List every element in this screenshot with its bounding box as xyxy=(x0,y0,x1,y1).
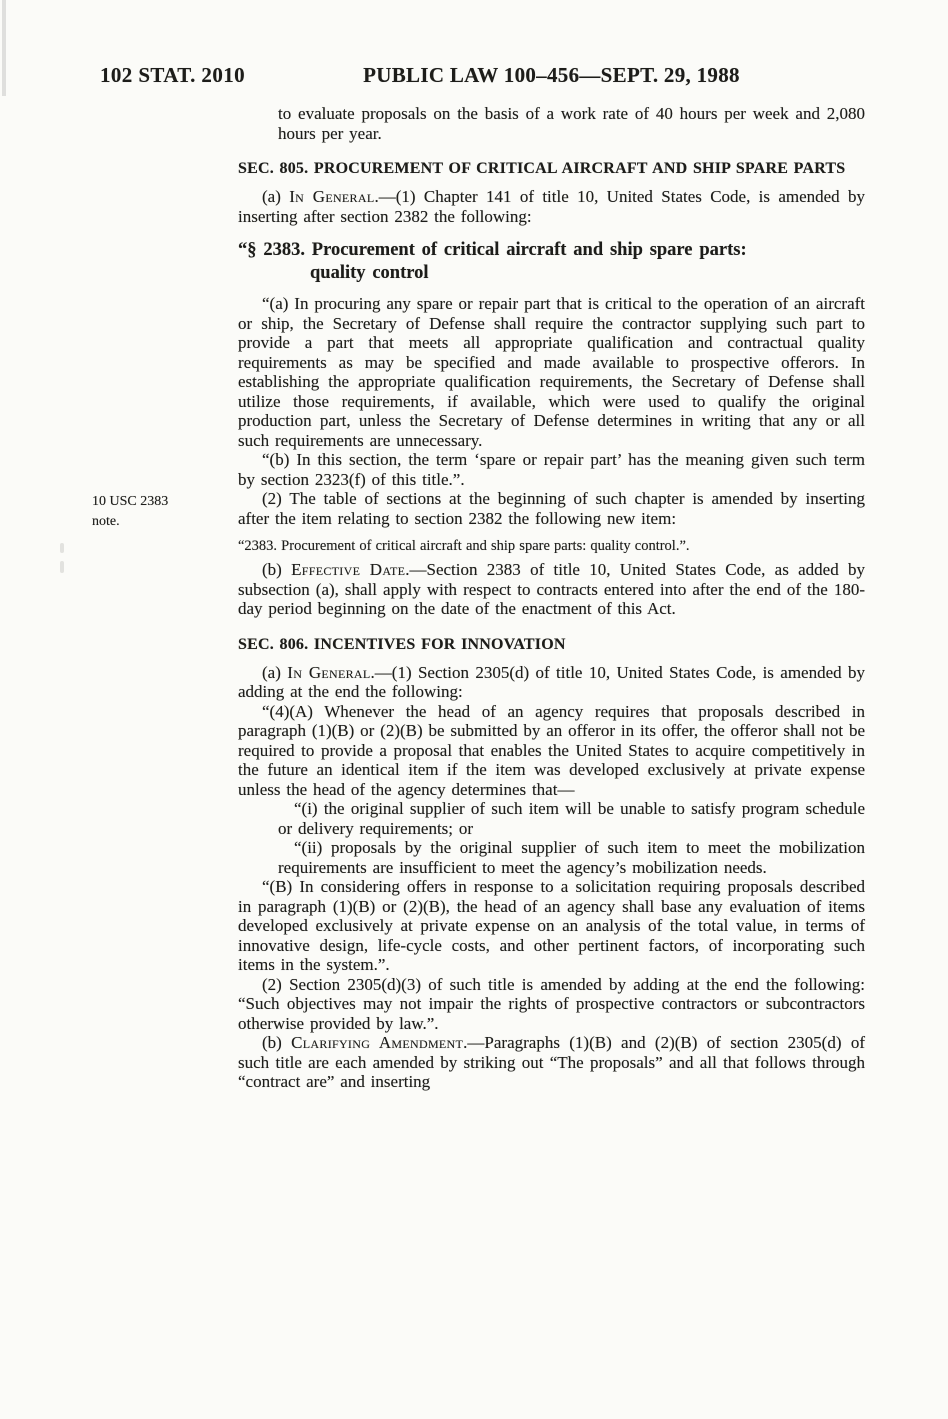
text-run: “(i) the original supplier of such item … xyxy=(278,799,865,838)
section-2383-heading: “§ 2383. Procurement of critical aircraf… xyxy=(238,239,865,285)
text-run: “(a) In procuring any spare or repair pa… xyxy=(238,294,865,450)
statute-page: 102 STAT. 2010 PUBLIC LAW 100–456—SEPT. … xyxy=(0,0,948,1419)
clause-ii-paragraph: “(ii) proposals by the original supplier… xyxy=(278,838,865,877)
margin-note-line: 10 USC 2383 xyxy=(92,492,222,512)
paragraph-4B: “(B) In considering offers in response t… xyxy=(238,877,865,975)
text-run: (a) xyxy=(262,663,287,682)
small-caps-run: Clarifying Amendment xyxy=(291,1033,463,1052)
sec-805-in-general-paragraph: (a) In General.—(1) Chapter 141 of title… xyxy=(238,187,865,226)
margin-note-usc-citation: 10 USC 2383 note. xyxy=(92,492,222,532)
text-run: SEC. 806. INCENTIVES FOR INNOVATION xyxy=(238,636,566,653)
text-run: (2) The table of sections at the beginni… xyxy=(238,489,865,528)
clause-i-paragraph: “(i) the original supplier of such item … xyxy=(278,799,865,838)
scan-artifact xyxy=(60,561,64,573)
text-run: (a) xyxy=(262,187,289,206)
table-item-2383: “2383. Procurement of critical aircraft … xyxy=(238,538,865,555)
running-head-law-title: PUBLIC LAW 100–456—SEPT. 29, 1988 xyxy=(238,63,865,88)
margin-note-line: note. xyxy=(92,512,222,532)
text-run: SEC. 805. PROCUREMENT OF CRITICAL AIRCRA… xyxy=(238,160,845,177)
small-caps-run: Effective Date xyxy=(291,560,405,579)
text-run: quality control xyxy=(310,263,429,283)
text-run: (b) xyxy=(262,1033,291,1052)
small-caps-run: In General xyxy=(287,663,370,682)
stat-page-number: 102 STAT. 2010 xyxy=(100,63,245,88)
text-run: “(4)(A) Whenever the head of an agency r… xyxy=(238,702,865,799)
text-run: (b) xyxy=(262,560,291,579)
document-body: to evaluate proposals on the basis of a … xyxy=(238,104,865,1092)
text-run: “(B) In considering offers in response t… xyxy=(238,877,865,974)
scan-artifact xyxy=(60,543,64,553)
paragraph-4A: “(4)(A) Whenever the head of an agency r… xyxy=(238,702,865,800)
text-run: (2) Section 2305(d)(3) of such title is … xyxy=(238,975,865,1033)
effective-date-paragraph: (b) Effective Date.—Section 2383 of titl… xyxy=(238,560,865,619)
continuation-paragraph: to evaluate proposals on the basis of a … xyxy=(278,104,865,143)
text-run: “§ 2383. Procurement of critical aircraf… xyxy=(238,240,747,260)
section-2383-subsec-b-paragraph: “(b) In this section, the term ‘spare or… xyxy=(238,450,865,489)
paragraph-2305d3: (2) Section 2305(d)(3) of such title is … xyxy=(238,975,865,1034)
text-run: “(ii) proposals by the original supplier… xyxy=(278,838,865,877)
sec-805-heading: SEC. 805. PROCUREMENT OF CRITICAL AIRCRA… xyxy=(238,159,865,178)
text-run: “(b) In this section, the term ‘spare or… xyxy=(238,450,865,489)
sec-806-heading: SEC. 806. INCENTIVES FOR INNOVATION xyxy=(238,635,865,654)
clarifying-amendment-paragraph: (b) Clarifying Amendment.—Paragraphs (1)… xyxy=(238,1033,865,1092)
text-run: “2383. Procurement of critical aircraft … xyxy=(238,538,690,554)
table-of-sections-paragraph: (2) The table of sections at the beginni… xyxy=(238,489,865,528)
sec-806-in-general-paragraph: (a) In General.—(1) Section 2305(d) of t… xyxy=(238,663,865,702)
small-caps-run: In General xyxy=(289,187,374,206)
section-2383-subsec-a-paragraph: “(a) In procuring any spare or repair pa… xyxy=(238,294,865,450)
text-run: to evaluate proposals on the basis of a … xyxy=(278,104,865,143)
page-header: 102 STAT. 2010 PUBLIC LAW 100–456—SEPT. … xyxy=(0,63,948,93)
